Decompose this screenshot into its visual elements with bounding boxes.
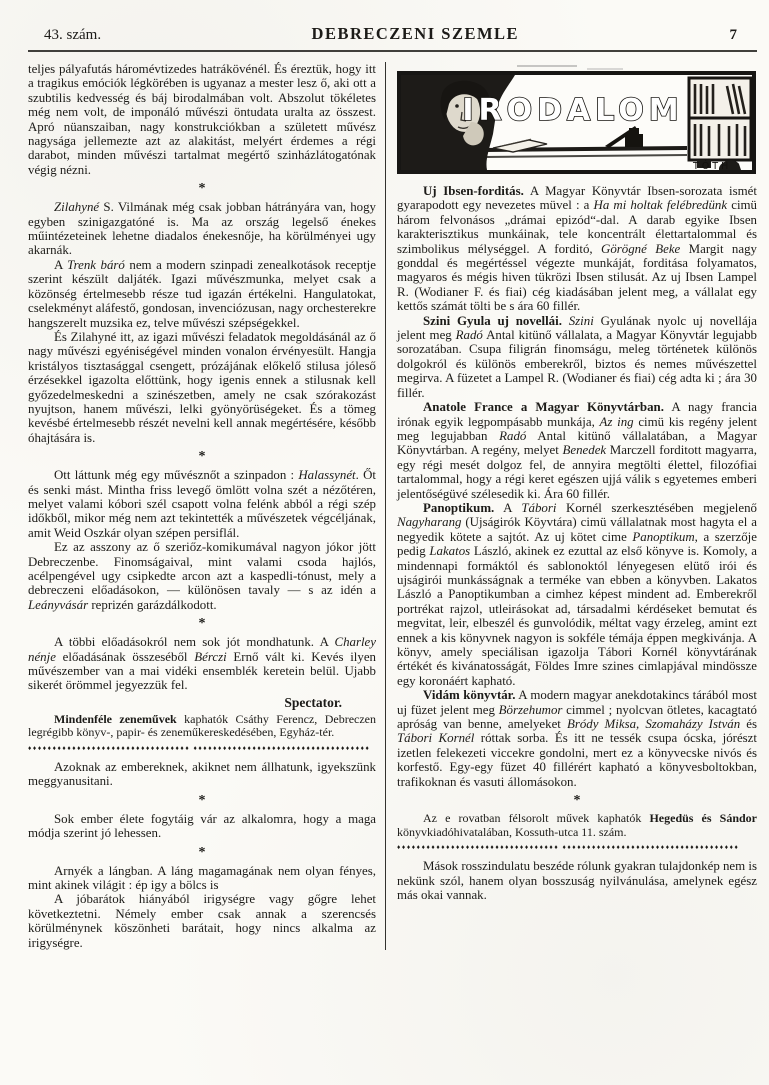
continued-paragraph: teljes pályafutás háromévtizedes hatrákö… — [28, 62, 376, 177]
anatole-france-article: Anatole France a Magyar Könyvtárban. A n… — [397, 400, 757, 501]
aphorism-2: Sok ember élete fogytáig vár az alkalomr… — [28, 812, 376, 841]
text-run: Leányvásár — [28, 598, 88, 612]
text-run: Vidám könyvtár. — [423, 688, 515, 702]
text-run: A — [54, 258, 67, 272]
text-run: A jóbarátok hiányából irigységre vagy gő… — [28, 892, 376, 949]
text-run: Mások rosszindulatu beszéde rólunk gyakr… — [397, 859, 757, 902]
author-signature: Spectator. — [28, 693, 376, 713]
diamond-rule-separator: ♦♦♦♦♦♦♦♦♦♦♦♦♦♦♦♦♦♦♦♦♦♦♦♦♦♦♦♦♦♦♦♦♦ ♦♦♦♦♦♦… — [397, 843, 757, 853]
inkwell-cap — [629, 128, 639, 135]
text-run: Azoknak az embereknek, akiknet nem állha… — [28, 760, 376, 788]
text-run: könyvkiadóhivatalában, Kossuth-utca 11. … — [397, 825, 627, 839]
smudge-decoration — [587, 68, 623, 70]
star-separator: * — [28, 184, 376, 194]
text-run: Görögné Beke — [601, 242, 680, 256]
irodalom-banner-text: IRODALOM — [462, 93, 683, 128]
text-run: Az ing — [600, 415, 634, 429]
text-run: Lakatos — [429, 544, 470, 558]
text-run: reprizén garázdálkodott. — [88, 598, 217, 612]
right-column-articles: Uj Ibsen-forditás. A Magyar Könyvtár Ibs… — [397, 184, 757, 902]
text-run: Radó — [456, 328, 483, 342]
trenk-baro-paragraph: A Trenk báró nem a modern szinpadi zenea… — [28, 258, 376, 330]
ibsen-forditas-article: Uj Ibsen-forditás. A Magyar Könyvtár Ibs… — [397, 184, 757, 314]
text-run: Anatole France a Magyar Könyvtárban. — [423, 400, 664, 414]
text-run: Nagyharang — [397, 515, 461, 529]
tobbi-eloadas-paragraph: A többi előadásokról nem sok jót mondhat… — [28, 635, 376, 693]
text-run: teljes pályafutás háromévtizedes hatrákö… — [28, 62, 376, 177]
text-run: Ha mi holtak felébredünk — [594, 198, 728, 212]
text-run: előadásának összeséből — [56, 650, 194, 664]
aphorism-4: A jóbarátok hiányából irigységre vagy gő… — [28, 892, 376, 950]
text-run: Benedek — [562, 443, 606, 457]
star-separator: * — [397, 796, 757, 806]
hegedus-sandor-notice: Az e rovatban félsorolt művek kaphatók H… — [397, 812, 757, 839]
text-run: Halassynét — [298, 468, 355, 482]
text-run: Mindenféle zeneművek — [54, 712, 177, 726]
text-run: És Zilahyné itt, az igazi művészi felada… — [28, 330, 376, 445]
journal-title: DEBRECZENI SZEMLE — [101, 24, 729, 44]
zilahyne-eredmeny-paragraph: És Zilahyné itt, az igazi művészi felada… — [28, 330, 376, 445]
text-run: Panoptikum — [632, 530, 694, 544]
ez-az-asszony-paragraph: Ez az asszony az ő szeriőz-komikumával n… — [28, 540, 376, 612]
masthead: 43. szám. DEBRECZENI SZEMLE 7 — [28, 24, 757, 50]
newspaper-page: 43. szám. DEBRECZENI SZEMLE 7 teljes pál… — [0, 0, 769, 1085]
diamond-rule-separator: ♦♦♦♦♦♦♦♦♦♦♦♦♦♦♦♦♦♦♦♦♦♦♦♦♦♦♦♦♦♦♦♦♦ ♦♦♦♦♦♦… — [28, 744, 376, 754]
text-run: Hegedüs és Sándor — [649, 811, 757, 825]
csathy-advert: Mindenféle zeneművek kaphatók Csáthy Fer… — [28, 713, 376, 740]
text-run: A — [494, 501, 521, 515]
text-run: Bérczi — [194, 650, 226, 664]
text-run: Tábori Kornél — [397, 731, 474, 745]
aphorism-1: Azoknak az embereknek, akiknet nem állha… — [28, 760, 376, 789]
text-run: Ott láttunk még egy művésznőt a szinpado… — [54, 468, 298, 482]
irodalom-header-illustration: IRODALOM TÓTH — [397, 64, 757, 176]
text-run: Szini — [569, 314, 594, 328]
masok-rosszindulat-paragraph: Mások rosszindulatu beszéde rólunk gyakr… — [397, 859, 757, 902]
star-separator: * — [28, 848, 376, 858]
text-run: Sok ember élete fogytáig vár az alkalomr… — [28, 812, 376, 840]
smudge-decoration — [517, 65, 577, 67]
issue-number: 43. szám. — [44, 27, 101, 44]
text-run: László, akinek ez ezuttal az első könyve… — [397, 544, 757, 688]
masthead-rule — [28, 50, 757, 52]
star-separator: * — [28, 796, 376, 806]
halassyne-paragraph: Ott láttunk még egy művésznőt a szinpado… — [28, 468, 376, 540]
panoptikum-article: Panoptikum. A Tábori Kornél szerkesztésé… — [397, 501, 757, 688]
text-run: Uj Ibsen-forditás. — [423, 184, 524, 198]
page-number: 7 — [730, 27, 744, 44]
text-run: Ez az asszony az ő szeriőz-komikumával n… — [28, 540, 376, 597]
text-run: Radó — [499, 429, 526, 443]
text-run: Szini Gyula uj novellái. — [423, 314, 562, 328]
two-column-body: teljes pályafutás háromévtizedes hatrákö… — [28, 62, 757, 950]
text-run: A többi előadásokról nem sok jót mondhat… — [54, 635, 334, 649]
text-run: Zilahyné — [54, 200, 99, 214]
artist-signature: TÓTH — [692, 160, 731, 172]
text-run: és — [740, 717, 757, 731]
zilahyne-paragraph: Zilahyné S. Vilmának még csak jobban hát… — [28, 200, 376, 258]
text-run: Börzehumor — [499, 703, 563, 717]
writer-eye — [455, 104, 459, 108]
vidam-konyvtar-article: Vidám könyvtár. A modern magyar anekdota… — [397, 688, 757, 789]
star-separator: * — [28, 452, 376, 462]
text-run: Trenk báró — [67, 258, 125, 272]
star-separator: * — [28, 619, 376, 629]
text-run: Arnyék a lángban. A láng magamagának nem… — [28, 864, 376, 892]
right-column: IRODALOM TÓTH Uj Ibsen-forditás. A Magya… — [385, 62, 757, 950]
text-run: Tábori — [521, 501, 556, 515]
inkwell — [625, 134, 643, 147]
text-run: Panoptikum. — [423, 501, 494, 515]
left-column: teljes pályafutás háromévtizedes hatrákö… — [28, 62, 385, 950]
text-run: Bródy Miksa, Szomaházy István — [567, 717, 740, 731]
irodalom-illustration-svg: IRODALOM TÓTH — [397, 64, 757, 176]
aphorism-3: Arnyék a lángban. A láng magamagának nem… — [28, 864, 376, 893]
text-run: Kornél szerkesztésében megjelenő — [556, 501, 757, 515]
text-run — [562, 314, 569, 328]
szini-gyula-article: Szini Gyula uj novellái. Szini Gyulának … — [397, 314, 757, 400]
text-run: Az e rovatban félsorolt művek kaphatók — [423, 811, 649, 825]
